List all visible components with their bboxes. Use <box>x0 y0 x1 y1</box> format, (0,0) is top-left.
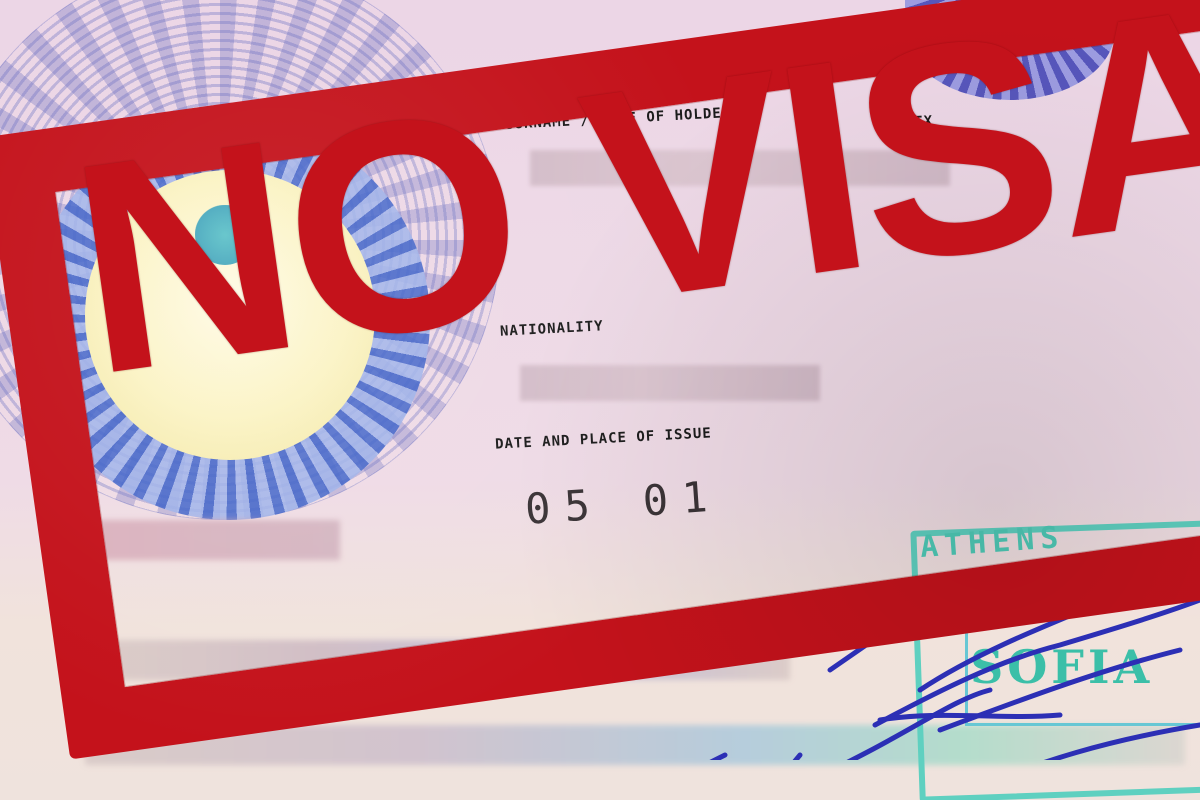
passport-photo: SURNAME / NAME OF HOLDER SEX NATIONALITY… <box>0 0 1200 800</box>
